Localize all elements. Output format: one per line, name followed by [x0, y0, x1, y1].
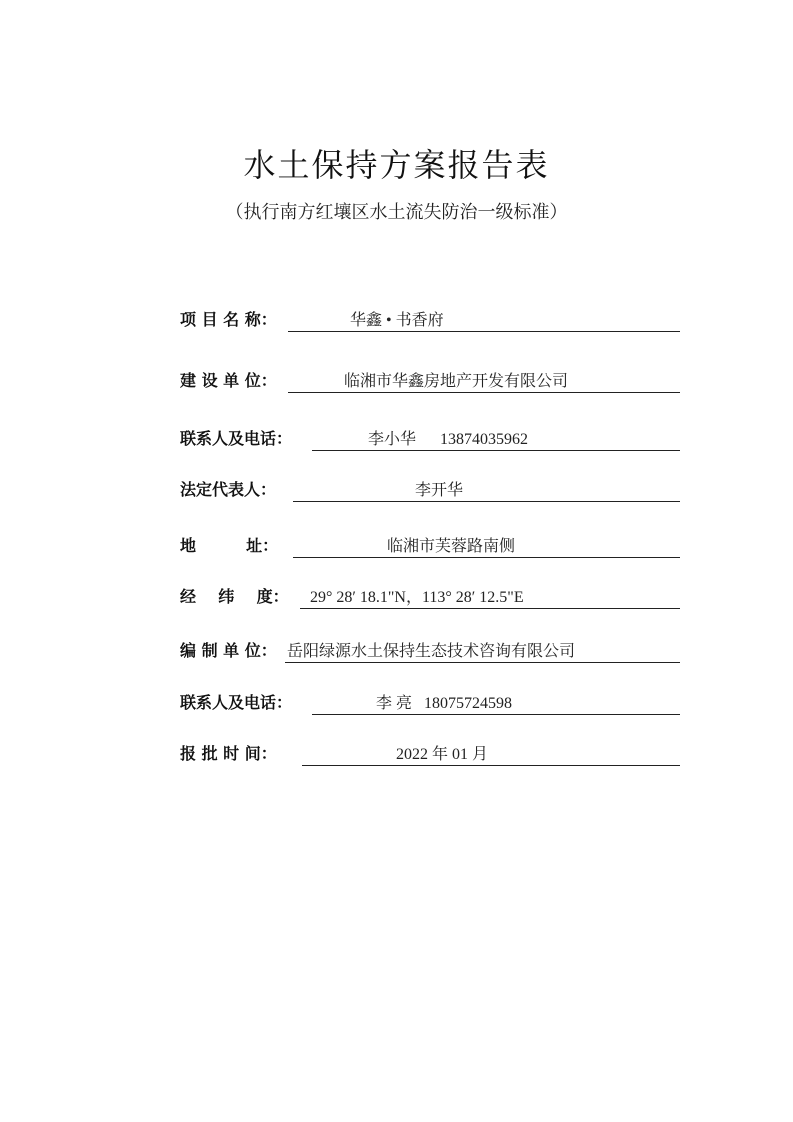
field-value: 2022 年 01 月 [396, 741, 488, 764]
field-address: 地 址： 临湘市芙蓉路南侧 [180, 528, 680, 558]
field-label: 建 设 单 位： [180, 368, 277, 391]
field-value: 临湘市芙蓉路南侧 [387, 533, 515, 556]
field-underline: 华鑫 • 书香府 [288, 305, 680, 332]
field-value: 华鑫 • 书香府 [350, 307, 444, 330]
field-value: 岳阳绿源水土保持生态技术咨询有限公司 [287, 638, 575, 661]
field-label: 编 制 单 位： [180, 638, 277, 661]
field-value: 李 亮 18075724598 [376, 690, 512, 713]
field-label: 地 址： [180, 533, 278, 556]
document-title: 水土保持方案报告表 [0, 140, 793, 186]
field-underline: 临湘市华鑫房地产开发有限公司 [288, 366, 680, 393]
field-label: 法定代表人： [180, 477, 276, 500]
field-value: 李小华 13874035962 [368, 426, 528, 449]
document-subtitle: （执行南方红壤区水土流失防治一级标准） [0, 198, 793, 224]
field-label: 报 批 时 间： [180, 741, 277, 764]
field-legal-representative: 法定代表人： 李开华 [180, 472, 680, 502]
field-value: 临湘市华鑫房地产开发有限公司 [344, 368, 568, 391]
field-underline: 李小华 13874035962 [312, 424, 680, 451]
field-value: 29° 28′ 18.1"N，113° 28′ 12.5"E [310, 584, 524, 607]
field-approval-date: 报 批 时 间： 2022 年 01 月 [180, 736, 680, 766]
field-compiling-unit: 编 制 单 位： 岳阳绿源水土保持生态技术咨询有限公司 [180, 633, 680, 663]
field-compiler-contact-phone: 联系人及电话： 李 亮 18075724598 [180, 685, 680, 715]
field-underline: 李开华 [293, 475, 680, 502]
field-construction-unit: 建 设 单 位： 临湘市华鑫房地产开发有限公司 [180, 363, 680, 393]
field-underline: 2022 年 01 月 [302, 739, 680, 766]
field-coordinates: 经 纬 度： 29° 28′ 18.1"N，113° 28′ 12.5"E [180, 579, 680, 609]
field-contact-phone: 联系人及电话： 李小华 13874035962 [180, 421, 680, 451]
field-label: 项 目 名 称： [180, 307, 277, 330]
field-label: 联系人及电话： [180, 426, 292, 449]
field-underline: 岳阳绿源水土保持生态技术咨询有限公司 [285, 636, 680, 663]
field-value: 李开华 [415, 477, 463, 500]
field-label: 经 纬 度： [180, 584, 289, 607]
field-underline: 29° 28′ 18.1"N，113° 28′ 12.5"E [300, 582, 680, 609]
field-underline: 李 亮 18075724598 [312, 688, 680, 715]
field-underline: 临湘市芙蓉路南侧 [293, 531, 680, 558]
field-label: 联系人及电话： [180, 690, 292, 713]
field-project-name: 项 目 名 称： 华鑫 • 书香府 [180, 302, 680, 332]
